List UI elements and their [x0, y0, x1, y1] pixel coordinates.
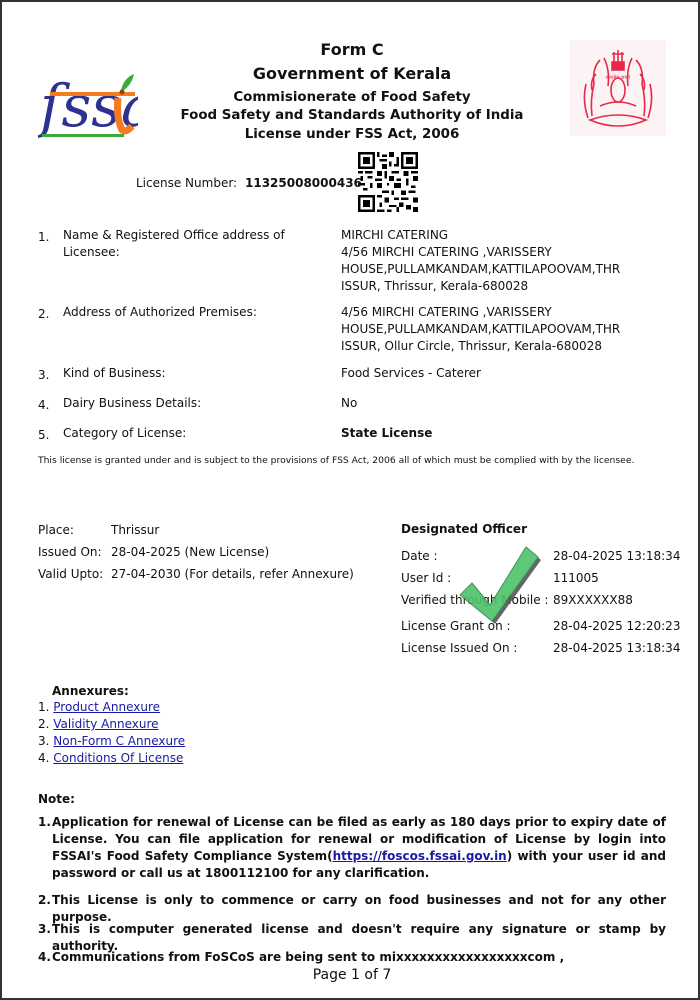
annexure-item: 1. Product Annexure [38, 700, 160, 714]
detail-2-value: 4/56 MIRCHI CATERING ,VARISSERY HOUSE,PU… [341, 304, 631, 355]
license-page: ſssa Form C Government of Kerala Commisi… [0, 0, 700, 1000]
non-form-c-annexure-link[interactable]: Non-Form C Annexure [53, 734, 185, 748]
licensee-name: MIRCHI CATERING [341, 227, 631, 244]
detail-1-value: MIRCHI CATERING 4/56 MIRCHI CATERING ,VA… [341, 227, 631, 295]
designated-officer-title: Designated Officer [401, 522, 527, 536]
officer-user-id-label: User Id : [401, 571, 451, 585]
fssai-logo: ſssa [38, 38, 138, 138]
detail-5-label: Category of License: [63, 425, 323, 442]
verified-mobile-value: 89XXXXXX88 [553, 593, 633, 607]
license-number-label: License Number: [136, 176, 237, 190]
note-item-4: 4. Communications from FoSCoS are being … [38, 949, 666, 966]
licensee-address-line: 4/56 MIRCHI CATERING ,VARISSERY [341, 244, 631, 261]
detail-4-number: 4. [38, 398, 49, 412]
government-title: Government of Kerala [152, 64, 552, 83]
detail-5-value: State License [341, 425, 631, 442]
annexure-number: 3. [38, 734, 49, 748]
act-title: License under FSS Act, 2006 [152, 127, 552, 142]
detail-5-number: 5. [38, 428, 49, 442]
form-title: Form C [152, 40, 552, 59]
detail-3-value: Food Services - Caterer [341, 365, 631, 382]
annexures-title: Annexures: [52, 684, 129, 698]
annexure-number: 2. [38, 717, 49, 731]
note-text: Application for renewal of License can b… [38, 814, 666, 882]
note-number: 1. [38, 814, 51, 831]
annexure-number: 4. [38, 751, 49, 765]
note-text: Communications from FoSCoS are being sen… [38, 949, 666, 966]
note-number: 4. [38, 949, 51, 966]
commissionerate-title: Commisionerate of Food Safety [152, 90, 552, 105]
licensee-address-line: ISSUR, Thrissur, Kerala-680028 [341, 278, 631, 295]
license-grant-value: 28-04-2025 12:20:23 [553, 619, 680, 633]
premises-address-line: ISSUR, Ollur Circle, Thrissur, Kerala-68… [341, 338, 631, 355]
kerala-emblem: सत्यमेव जयते [570, 40, 666, 136]
product-annexure-link[interactable]: Product Annexure [53, 700, 160, 714]
issued-on-label: Issued On: [38, 545, 102, 559]
place-value: Thrissur [111, 523, 159, 537]
annexure-item: 3. Non-Form C Annexure [38, 734, 185, 748]
license-issued-value: 28-04-2025 13:18:34 [553, 641, 680, 655]
valid-upto-label: Valid Upto: [38, 567, 103, 581]
officer-date-value: 28-04-2025 13:18:34 [553, 549, 680, 563]
page-number: Page 1 of 7 [2, 967, 700, 983]
note-number: 3. [38, 921, 51, 938]
detail-2-label: Address of Authorized Premises: [63, 304, 323, 321]
detail-1-label: Name & Registered Office address of Lice… [63, 227, 323, 261]
conditions-of-license-link[interactable]: Conditions Of License [53, 751, 183, 765]
validity-annexure-link[interactable]: Validity Annexure [53, 717, 158, 731]
qr-code [358, 152, 418, 212]
license-issued-label: License Issued On : [401, 641, 517, 655]
annexure-item: 4. Conditions Of License [38, 751, 183, 765]
detail-4-value: No [341, 395, 631, 412]
authority-title: Food Safety and Standards Authority of I… [152, 108, 552, 123]
note-title: Note: [38, 792, 75, 806]
svg-text:सत्यमेव जयते: सत्यमेव जयते [606, 74, 631, 81]
officer-user-id-value: 111005 [553, 571, 599, 585]
premises-address-line: 4/56 MIRCHI CATERING ,VARISSERY [341, 304, 631, 321]
licensee-address-line: HOUSE,PULLAMKANDAM,KATTILAPOOVAM,THR [341, 261, 631, 278]
place-label: Place: [38, 523, 74, 537]
premises-address-line: HOUSE,PULLAMKANDAM,KATTILAPOOVAM,THR [341, 321, 631, 338]
license-number: 11325008000436 [245, 176, 362, 190]
provision-text: This license is granted under and is sub… [38, 454, 638, 467]
detail-4-label: Dairy Business Details: [63, 395, 323, 412]
note-item-1: 1. Application for renewal of License ca… [38, 814, 666, 882]
detail-2-number: 2. [38, 307, 49, 321]
checkmark-icon [452, 537, 542, 627]
detail-3-number: 3. [38, 368, 49, 382]
valid-upto-value: 27-04-2030 (For details, refer Annexure) [111, 567, 354, 581]
annexure-number: 1. [38, 700, 49, 714]
foscos-link[interactable]: https://foscos.fssai.gov.in [333, 849, 507, 863]
detail-1-number: 1. [38, 230, 49, 244]
issued-on-value: 28-04-2025 (New License) [111, 545, 269, 559]
officer-date-label: Date : [401, 549, 438, 563]
detail-3-label: Kind of Business: [63, 365, 323, 382]
note-number: 2. [38, 892, 51, 909]
annexure-item: 2. Validity Annexure [38, 717, 159, 731]
